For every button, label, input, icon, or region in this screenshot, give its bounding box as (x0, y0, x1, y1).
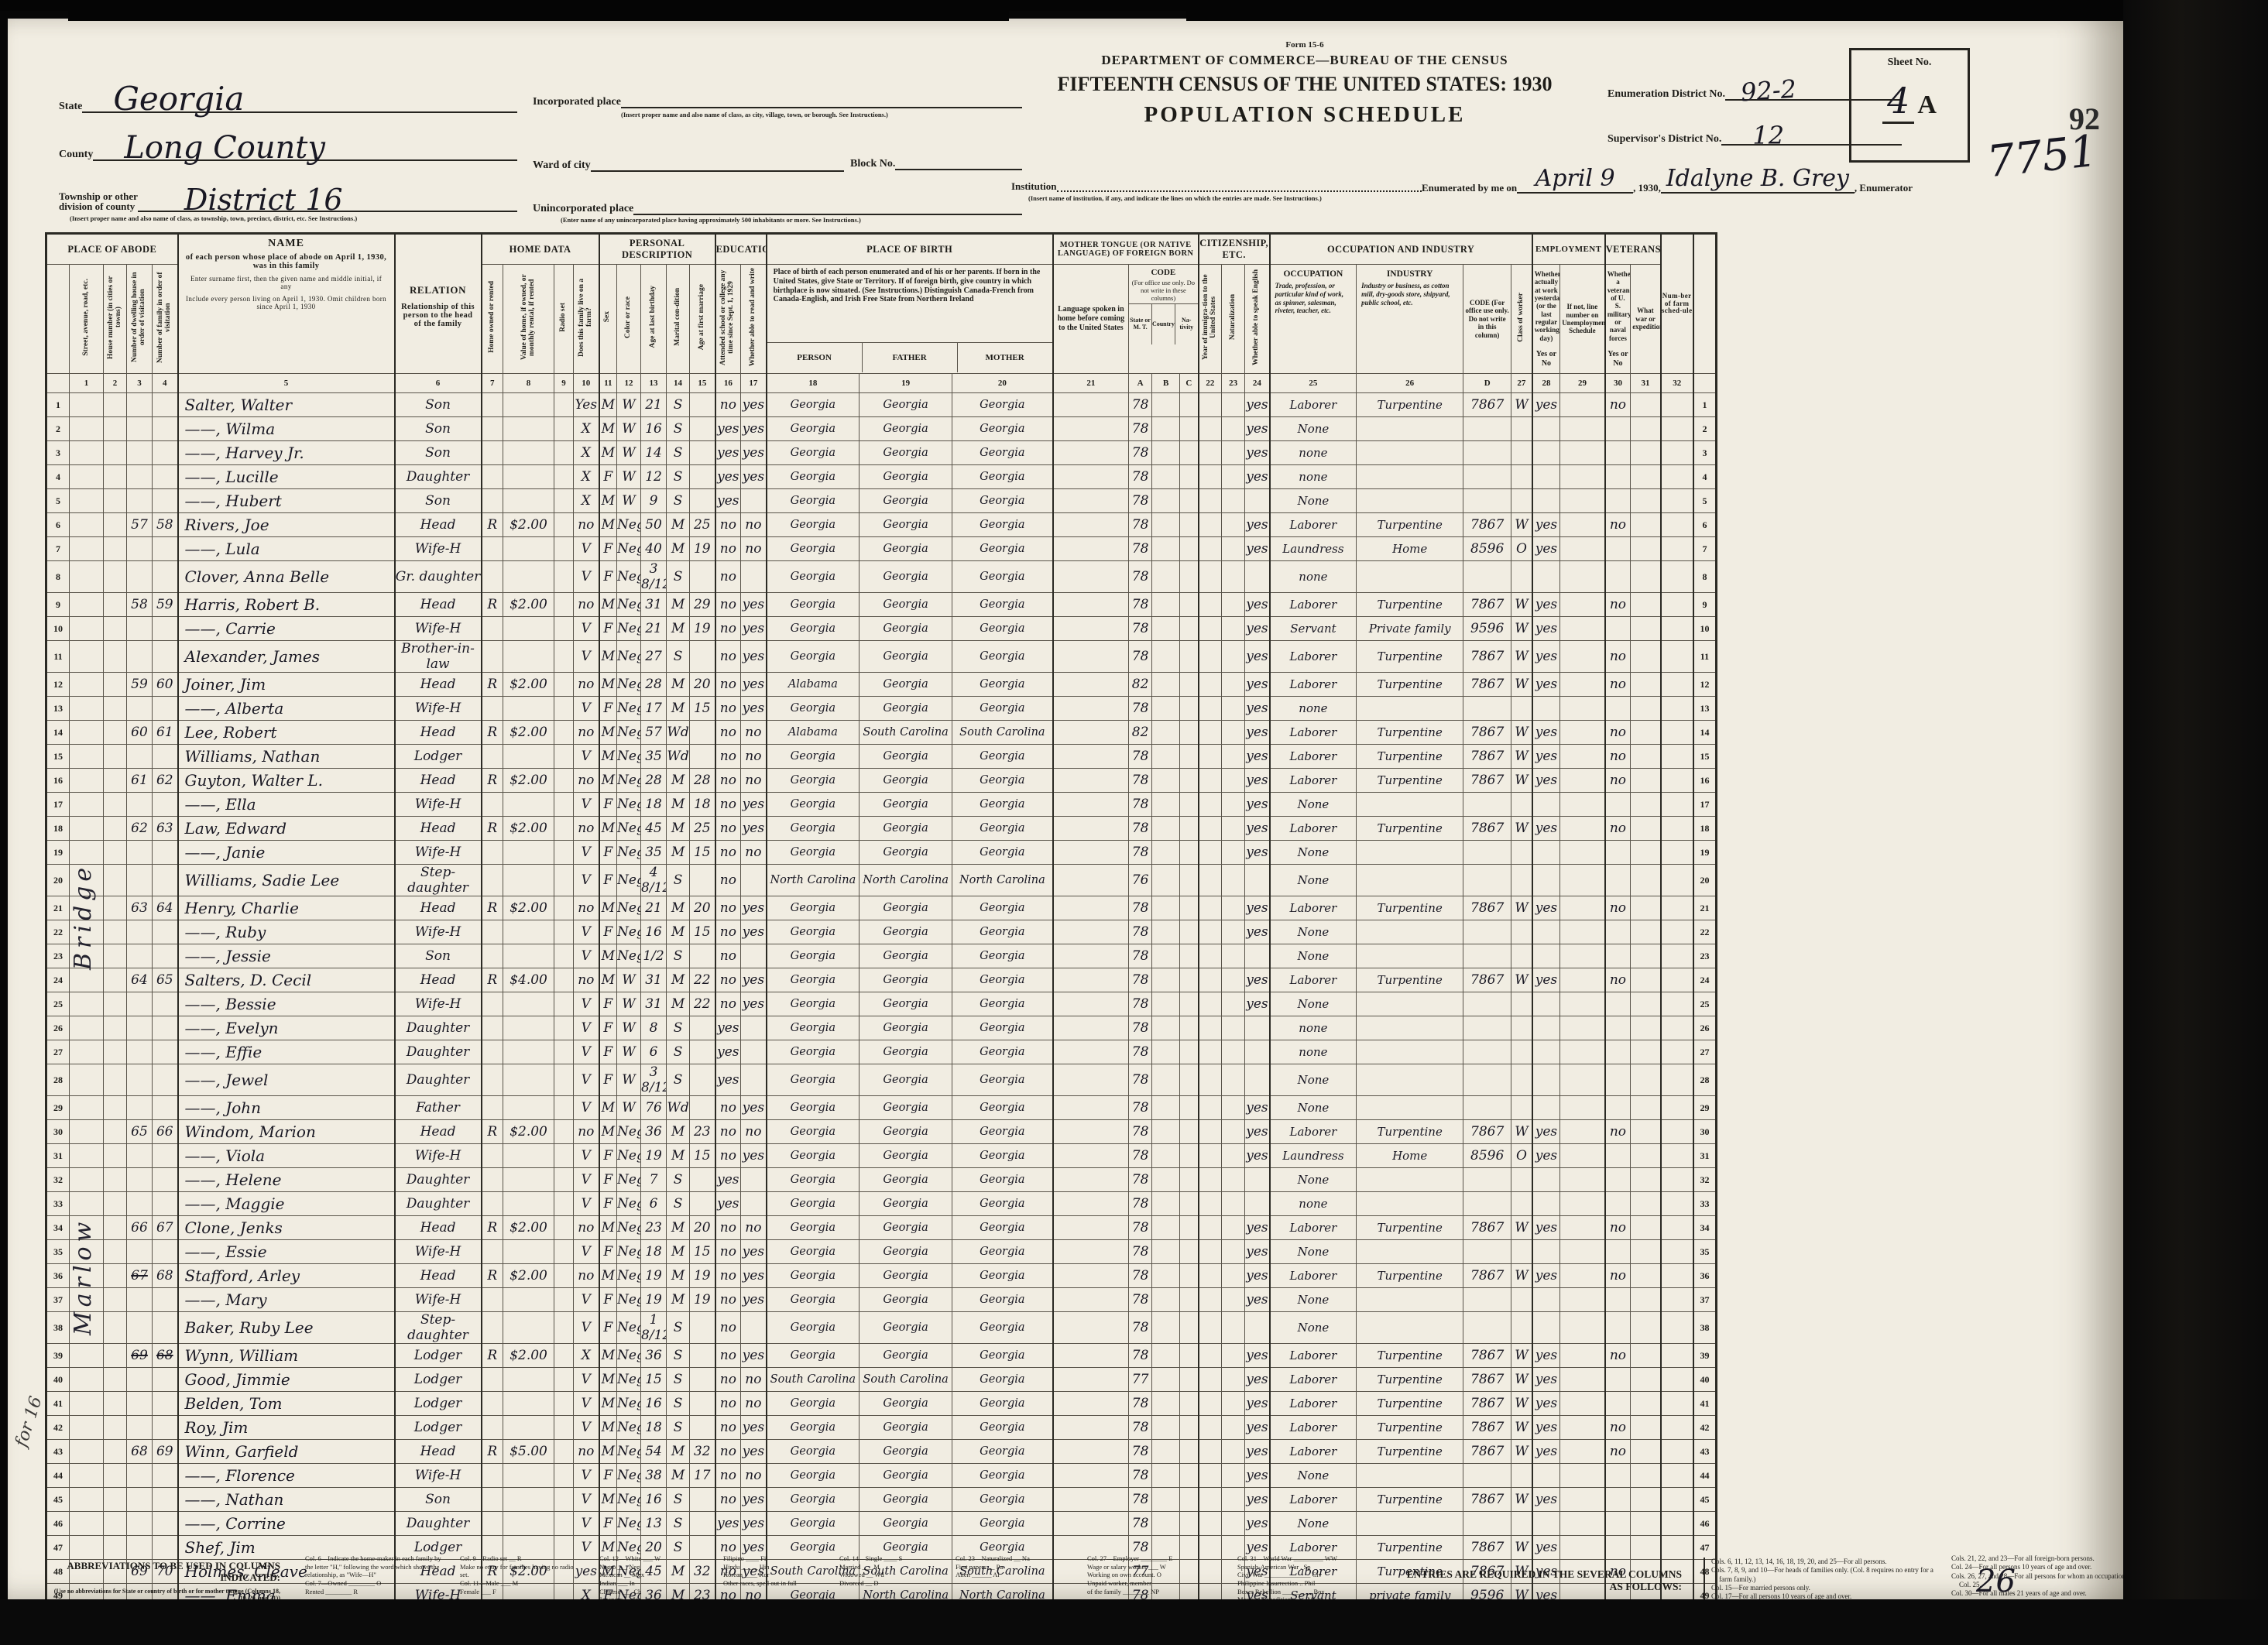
cell-code-b (1152, 441, 1180, 465)
cell-code-d (1463, 1064, 1511, 1096)
cell-home-owned (482, 465, 503, 489)
cell-relation: Head (395, 593, 482, 617)
cell-street (70, 593, 104, 617)
cell-house-number (104, 769, 127, 793)
cell-line-number: 22 (1693, 920, 1717, 944)
cell-code-b (1152, 841, 1180, 865)
cell-language (1053, 465, 1129, 489)
cell-at-work (1532, 1096, 1560, 1120)
cell-naturalization (1222, 1440, 1245, 1464)
cell-pob-mother: Georgia (952, 1416, 1053, 1440)
cell-relation: Wife-H (395, 793, 482, 817)
cell-sex: M (599, 441, 617, 465)
cell-read-write: no (741, 1368, 767, 1392)
cell-naturalization (1222, 992, 1245, 1016)
cell-at-work: yes (1532, 968, 1560, 992)
cell-relation: Head (395, 673, 482, 697)
cell-naturalization (1222, 769, 1245, 793)
cell-age-first-marriage (690, 417, 715, 441)
street-name-vertical-2: Marlow (70, 1110, 101, 1443)
cell-sex: F (599, 865, 617, 896)
cell-home-value: $2.00 (503, 1344, 554, 1368)
cell-name: ——, Janie (178, 841, 395, 865)
cell-family-number (153, 1488, 178, 1512)
num-13: 13 (641, 374, 667, 393)
cell-age-first-marriage (690, 393, 715, 417)
table-row: 186263Law, EdwardHeadR$2.00noMNeg45M25no… (46, 817, 1717, 841)
cell-line-number: 44 (1693, 1464, 1717, 1488)
num-6: 6 (395, 374, 482, 393)
cell-veteran (1605, 1488, 1631, 1512)
cell-at-work: yes (1532, 896, 1560, 920)
cell-line-number: 25 (46, 992, 70, 1016)
cell-home-value (503, 1192, 554, 1216)
cell-industry (1357, 1288, 1463, 1312)
cell-line-number: 16 (1693, 769, 1717, 793)
cell-age-first-marriage (690, 561, 715, 593)
cell-family-number: 64 (153, 896, 178, 920)
cell-immigration (1199, 1392, 1222, 1416)
cell-marital: M (667, 1120, 690, 1144)
cell-dwelling-number (127, 1192, 153, 1216)
cell-naturalization (1222, 920, 1245, 944)
cell-age: 13 (641, 1512, 667, 1536)
cell-veteran (1605, 1288, 1631, 1312)
cell-unemployment-line (1560, 617, 1605, 641)
cell-war (1631, 1240, 1661, 1264)
enum-district-label: Enumeration District No. (1608, 89, 1725, 101)
num-blank-right (1693, 374, 1717, 393)
cell-home-owned (482, 1192, 503, 1216)
cell-at-work (1532, 944, 1560, 968)
cell-industry: Turpentine (1357, 641, 1463, 673)
cell-line-number: 14 (1693, 721, 1717, 745)
cell-name: Roy, Jim (178, 1416, 395, 1440)
cell-class-of-worker (1511, 1464, 1532, 1488)
cell-read-write: yes (741, 793, 767, 817)
block-line (895, 147, 1022, 170)
cell-speak-english: yes (1245, 1368, 1270, 1392)
cell-code-d (1463, 865, 1511, 896)
col-speak-english: Whether able to speak English (1245, 265, 1270, 374)
township-label: Township or other division of county (59, 191, 138, 212)
cell-house-number (104, 1096, 127, 1120)
cell-radio (554, 992, 574, 1016)
cell-speak-english: yes (1245, 465, 1270, 489)
cell-veteran (1605, 489, 1631, 513)
cell-read-write: yes (741, 593, 767, 617)
col-occupation: OCCUPATION Trade, profession, or particu… (1270, 265, 1357, 374)
cell-race: Neg (617, 641, 641, 673)
num-21: 21 (1053, 374, 1129, 393)
cell-dwelling-number: 60 (127, 721, 153, 745)
cell-home-value: $2.00 (503, 769, 554, 793)
cell-pob-person: Georgia (767, 1440, 860, 1464)
cell-farm: V (574, 561, 599, 593)
cell-naturalization (1222, 441, 1245, 465)
cell-relation: Daughter (395, 1192, 482, 1216)
cell-language (1053, 617, 1129, 641)
cell-speak-english: yes (1245, 393, 1270, 417)
cell-industry (1357, 697, 1463, 721)
cell-veteran: no (1605, 1344, 1631, 1368)
cell-code-b (1152, 817, 1180, 841)
cell-unemployment-line (1560, 1344, 1605, 1368)
cell-marital: S (667, 1168, 690, 1192)
cell-pob-father: Georgia (860, 1288, 952, 1312)
form-number: Form 15-6 (1038, 40, 1572, 50)
cell-code-c (1180, 992, 1199, 1016)
cell-line-number: 33 (46, 1192, 70, 1216)
cell-pob-father: Georgia (860, 393, 952, 417)
cell-line-number: 30 (46, 1120, 70, 1144)
cell-sex: F (599, 1312, 617, 1344)
cell-code-b (1152, 1344, 1180, 1368)
cell-class-of-worker: W (1511, 393, 1532, 417)
cell-farm-schedule (1661, 1040, 1693, 1064)
cell-language (1053, 1392, 1129, 1416)
cell-speak-english (1245, 1168, 1270, 1192)
cell-pob-father: Georgia (860, 513, 952, 537)
cell-line-number: 38 (1693, 1312, 1717, 1344)
cell-at-work: yes (1532, 1120, 1560, 1144)
cell-farm-schedule (1661, 537, 1693, 561)
cell-race: W (617, 992, 641, 1016)
cell-sex: F (599, 537, 617, 561)
cell-family-number: 58 (153, 513, 178, 537)
cell-marital: M (667, 769, 690, 793)
cell-sex: F (599, 920, 617, 944)
col-code-d: CODE (For office use only. Do not write … (1463, 265, 1511, 374)
cell-relation: Head (395, 1216, 482, 1240)
incorporated-note: (Insert proper name and also name of cla… (621, 111, 1024, 118)
cell-code-b (1152, 593, 1180, 617)
cell-naturalization (1222, 1192, 1245, 1216)
cell-speak-english: yes (1245, 1120, 1270, 1144)
cell-house-number (104, 1016, 127, 1040)
cell-home-value (503, 1144, 554, 1168)
cell-farm-schedule (1661, 1512, 1693, 1536)
cell-code-b (1152, 793, 1180, 817)
cell-line-number: 35 (1693, 1240, 1717, 1264)
cell-school: no (715, 1416, 741, 1440)
cell-line-number: 10 (1693, 617, 1717, 641)
cell-line-number: 45 (46, 1488, 70, 1512)
cell-school: no (715, 537, 741, 561)
cell-pob-person: Georgia (767, 441, 860, 465)
cell-code-a: 78 (1129, 1040, 1152, 1064)
cell-occupation: Laborer (1270, 593, 1357, 617)
cell-age-first-marriage: 19 (690, 537, 715, 561)
cell-dwelling-number (127, 1464, 153, 1488)
cell-dwelling-number (127, 489, 153, 513)
cell-code-b (1152, 1192, 1180, 1216)
cell-at-work: yes (1532, 1144, 1560, 1168)
cell-pob-person: Georgia (767, 561, 860, 593)
cell-immigration (1199, 944, 1222, 968)
cell-war (1631, 393, 1661, 417)
cell-school: no (715, 617, 741, 641)
cell-home-value: $5.00 (503, 1440, 554, 1464)
table-row: 15Williams, NathanLodgerVMNeg35WdnonoGeo… (46, 745, 1717, 769)
abbr-col-6: Col. 23—Naturalized __ Na First papers _… (956, 1554, 1072, 1579)
num-28: 28 (1532, 374, 1560, 393)
cell-name: Law, Edward (178, 817, 395, 841)
num-17: 17 (741, 374, 767, 393)
cell-war (1631, 1016, 1661, 1040)
cell-school: no (715, 1368, 741, 1392)
cell-pob-person: Georgia (767, 1344, 860, 1368)
cell-home-owned: R (482, 1264, 503, 1288)
cell-farm-schedule (1661, 769, 1693, 793)
cell-name: ——, Evelyn (178, 1016, 395, 1040)
cell-unemployment-line (1560, 1096, 1605, 1120)
cell-read-write: yes (741, 1240, 767, 1264)
cell-veteran (1605, 841, 1631, 865)
cell-family-number (153, 393, 178, 417)
cell-code-b (1152, 1064, 1180, 1096)
cell-language (1053, 841, 1129, 865)
cell-at-work (1532, 793, 1560, 817)
cell-naturalization (1222, 1216, 1245, 1240)
cell-age-first-marriage (690, 1064, 715, 1096)
cell-line-number: 27 (1693, 1040, 1717, 1064)
cell-language (1053, 1368, 1129, 1392)
scan-right-edge (2123, 0, 2268, 1645)
cell-marital: S (667, 1016, 690, 1040)
cell-at-work: yes (1532, 1392, 1560, 1416)
cell-code-d: 8596 (1463, 537, 1511, 561)
cell-read-write: yes (741, 817, 767, 841)
cell-read-write: yes (741, 1096, 767, 1120)
cell-speak-english (1245, 489, 1270, 513)
cell-pob-mother: Georgia (952, 641, 1053, 673)
cell-read-write (741, 1192, 767, 1216)
group-employment: EMPLOYMENT (1532, 234, 1605, 265)
cell-farm-schedule (1661, 1144, 1693, 1168)
cell-relation: Head (395, 968, 482, 992)
cell-line-number: 40 (46, 1368, 70, 1392)
cell-sex: F (599, 841, 617, 865)
cell-code-a: 78 (1129, 697, 1152, 721)
cell-war (1631, 489, 1661, 513)
cell-age-first-marriage: 15 (690, 1144, 715, 1168)
cell-code-d (1463, 697, 1511, 721)
cell-marital: M (667, 896, 690, 920)
table-row: 41Belden, TomLodgerVMNeg16SnonoGeorgiaGe… (46, 1392, 1717, 1416)
cell-age: 21 (641, 617, 667, 641)
cell-industry (1357, 465, 1463, 489)
cell-class-of-worker (1511, 920, 1532, 944)
cell-code-d (1463, 1288, 1511, 1312)
cell-language (1053, 1216, 1129, 1240)
cell-code-a: 78 (1129, 1416, 1152, 1440)
cell-occupation: Laborer (1270, 641, 1357, 673)
cell-farm: X (574, 441, 599, 465)
cell-name: ——, John (178, 1096, 395, 1120)
cell-marital: S (667, 1344, 690, 1368)
cell-race: Neg (617, 1240, 641, 1264)
cell-race: W (617, 1040, 641, 1064)
cell-occupation: None (1270, 417, 1357, 441)
cell-class-of-worker (1511, 1040, 1532, 1064)
cell-war (1631, 641, 1661, 673)
cell-race: Neg (617, 537, 641, 561)
cell-school: yes (715, 1064, 741, 1096)
cell-pob-mother: Georgia (952, 1064, 1053, 1096)
cell-home-owned: R (482, 1120, 503, 1144)
cell-naturalization (1222, 1016, 1245, 1040)
cell-family-number (153, 992, 178, 1016)
col-race: Color or race (617, 265, 641, 374)
cell-dwelling-number (127, 1016, 153, 1040)
cell-line-number: 45 (1693, 1488, 1717, 1512)
cell-code-b (1152, 1440, 1180, 1464)
cell-code-d (1463, 489, 1511, 513)
cell-war (1631, 537, 1661, 561)
cell-street (70, 561, 104, 593)
cell-pob-person: Georgia (767, 393, 860, 417)
cell-language (1053, 1416, 1129, 1440)
cell-naturalization (1222, 1392, 1245, 1416)
cell-code-a: 78 (1129, 513, 1152, 537)
cell-age: 54 (641, 1440, 667, 1464)
cell-marital: M (667, 920, 690, 944)
cell-pob-father: Georgia (860, 745, 952, 769)
cell-pob-father: Georgia (860, 673, 952, 697)
cell-read-write: yes (741, 1344, 767, 1368)
cell-speak-english: yes (1245, 673, 1270, 697)
cell-language (1053, 393, 1129, 417)
cell-code-a: 78 (1129, 1440, 1152, 1464)
cell-farm-schedule (1661, 1392, 1693, 1416)
col-age: Age at last birthday (641, 265, 667, 374)
cell-line-number: 18 (46, 817, 70, 841)
cell-relation: Head (395, 513, 482, 537)
table-row: 11Alexander, JamesBrother-in-lawVMNeg27S… (46, 641, 1717, 673)
cell-immigration (1199, 793, 1222, 817)
cell-industry (1357, 1040, 1463, 1064)
cell-name: Alexander, James (178, 641, 395, 673)
cell-school: no (715, 769, 741, 793)
cell-veteran (1605, 465, 1631, 489)
cell-read-write: yes (741, 697, 767, 721)
cell-farm: no (574, 769, 599, 793)
cell-pob-father: Georgia (860, 1240, 952, 1264)
cell-farm: V (574, 1512, 599, 1536)
cell-at-work (1532, 841, 1560, 865)
cell-marital: S (667, 944, 690, 968)
cell-dwelling-number (127, 1096, 153, 1120)
cell-pob-person: Georgia (767, 1144, 860, 1168)
cell-home-value (503, 920, 554, 944)
cell-sex: M (599, 745, 617, 769)
cell-dwelling-number (127, 920, 153, 944)
cell-age: 36 (641, 1120, 667, 1144)
cell-pob-mother: Georgia (952, 1344, 1053, 1368)
cell-marital: M (667, 697, 690, 721)
cell-code-b (1152, 992, 1180, 1016)
cell-war (1631, 920, 1661, 944)
cell-occupation: None (1270, 944, 1357, 968)
cell-code-b (1152, 1512, 1180, 1536)
cell-farm: no (574, 673, 599, 697)
cell-veteran: no (1605, 641, 1631, 673)
cell-line-number: 36 (46, 1264, 70, 1288)
cell-line-number: 18 (1693, 817, 1717, 841)
cell-pob-mother: Georgia (952, 1016, 1053, 1040)
cell-war (1631, 1192, 1661, 1216)
num-10: 10 (574, 374, 599, 393)
cell-occupation: none (1270, 1016, 1357, 1040)
cell-speak-english: yes (1245, 1416, 1270, 1440)
col-naturalization: Naturalization (1222, 265, 1245, 374)
cell-pob-mother: North Carolina (952, 865, 1053, 896)
cell-pob-father: South Carolina (860, 721, 952, 745)
cell-veteran (1605, 697, 1631, 721)
cell-age: 57 (641, 721, 667, 745)
cell-class-of-worker (1511, 441, 1532, 465)
cell-class-of-worker: W (1511, 513, 1532, 537)
cell-class-of-worker (1511, 465, 1532, 489)
group-mother-tongue: MOTHER TONGUE (OR NATIVE LANGUAGE) OF FO… (1053, 234, 1199, 265)
cell-code-a: 78 (1129, 393, 1152, 417)
cell-age-first-marriage (690, 944, 715, 968)
cell-unemployment-line (1560, 1416, 1605, 1440)
cell-street (70, 641, 104, 673)
cell-language (1053, 697, 1129, 721)
cell-name: ——, Corrine (178, 1512, 395, 1536)
cell-unemployment-line (1560, 1192, 1605, 1216)
cell-code-a: 78 (1129, 1488, 1152, 1512)
cell-farm: V (574, 944, 599, 968)
cell-language (1053, 489, 1129, 513)
cell-house-number (104, 393, 127, 417)
cell-sex: M (599, 1488, 617, 1512)
cell-farm: V (574, 617, 599, 641)
cell-read-write: yes (741, 896, 767, 920)
cell-industry (1357, 841, 1463, 865)
cell-read-write: yes (741, 641, 767, 673)
cell-read-write: yes (741, 1440, 767, 1464)
cell-pob-mother: Georgia (952, 1096, 1053, 1120)
cell-marital: M (667, 841, 690, 865)
cell-industry (1357, 944, 1463, 968)
cell-immigration (1199, 1488, 1222, 1512)
cell-home-owned (482, 920, 503, 944)
cell-occupation: Laborer (1270, 896, 1357, 920)
cell-speak-english: yes (1245, 920, 1270, 944)
col-unemployment-line: If not, line number on Unemployment Sche… (1560, 265, 1605, 374)
cell-age-first-marriage (690, 441, 715, 465)
cell-street (70, 617, 104, 641)
cell-age-first-marriage: 15 (690, 1240, 715, 1264)
cell-relation: Daughter (395, 1168, 482, 1192)
cell-speak-english: yes (1245, 1144, 1270, 1168)
cell-veteran (1605, 1368, 1631, 1392)
cell-radio (554, 697, 574, 721)
cell-class-of-worker: W (1511, 1368, 1532, 1392)
cell-name: Lee, Robert (178, 721, 395, 745)
cell-marital: S (667, 1392, 690, 1416)
cell-farm-schedule (1661, 1344, 1693, 1368)
table-row: 166162Guyton, Walter L.HeadR$2.00noMNeg2… (46, 769, 1717, 793)
cell-class-of-worker: W (1511, 1488, 1532, 1512)
cell-marital: M (667, 1144, 690, 1168)
cell-naturalization (1222, 465, 1245, 489)
cell-house-number (104, 1512, 127, 1536)
cell-home-owned: R (482, 896, 503, 920)
